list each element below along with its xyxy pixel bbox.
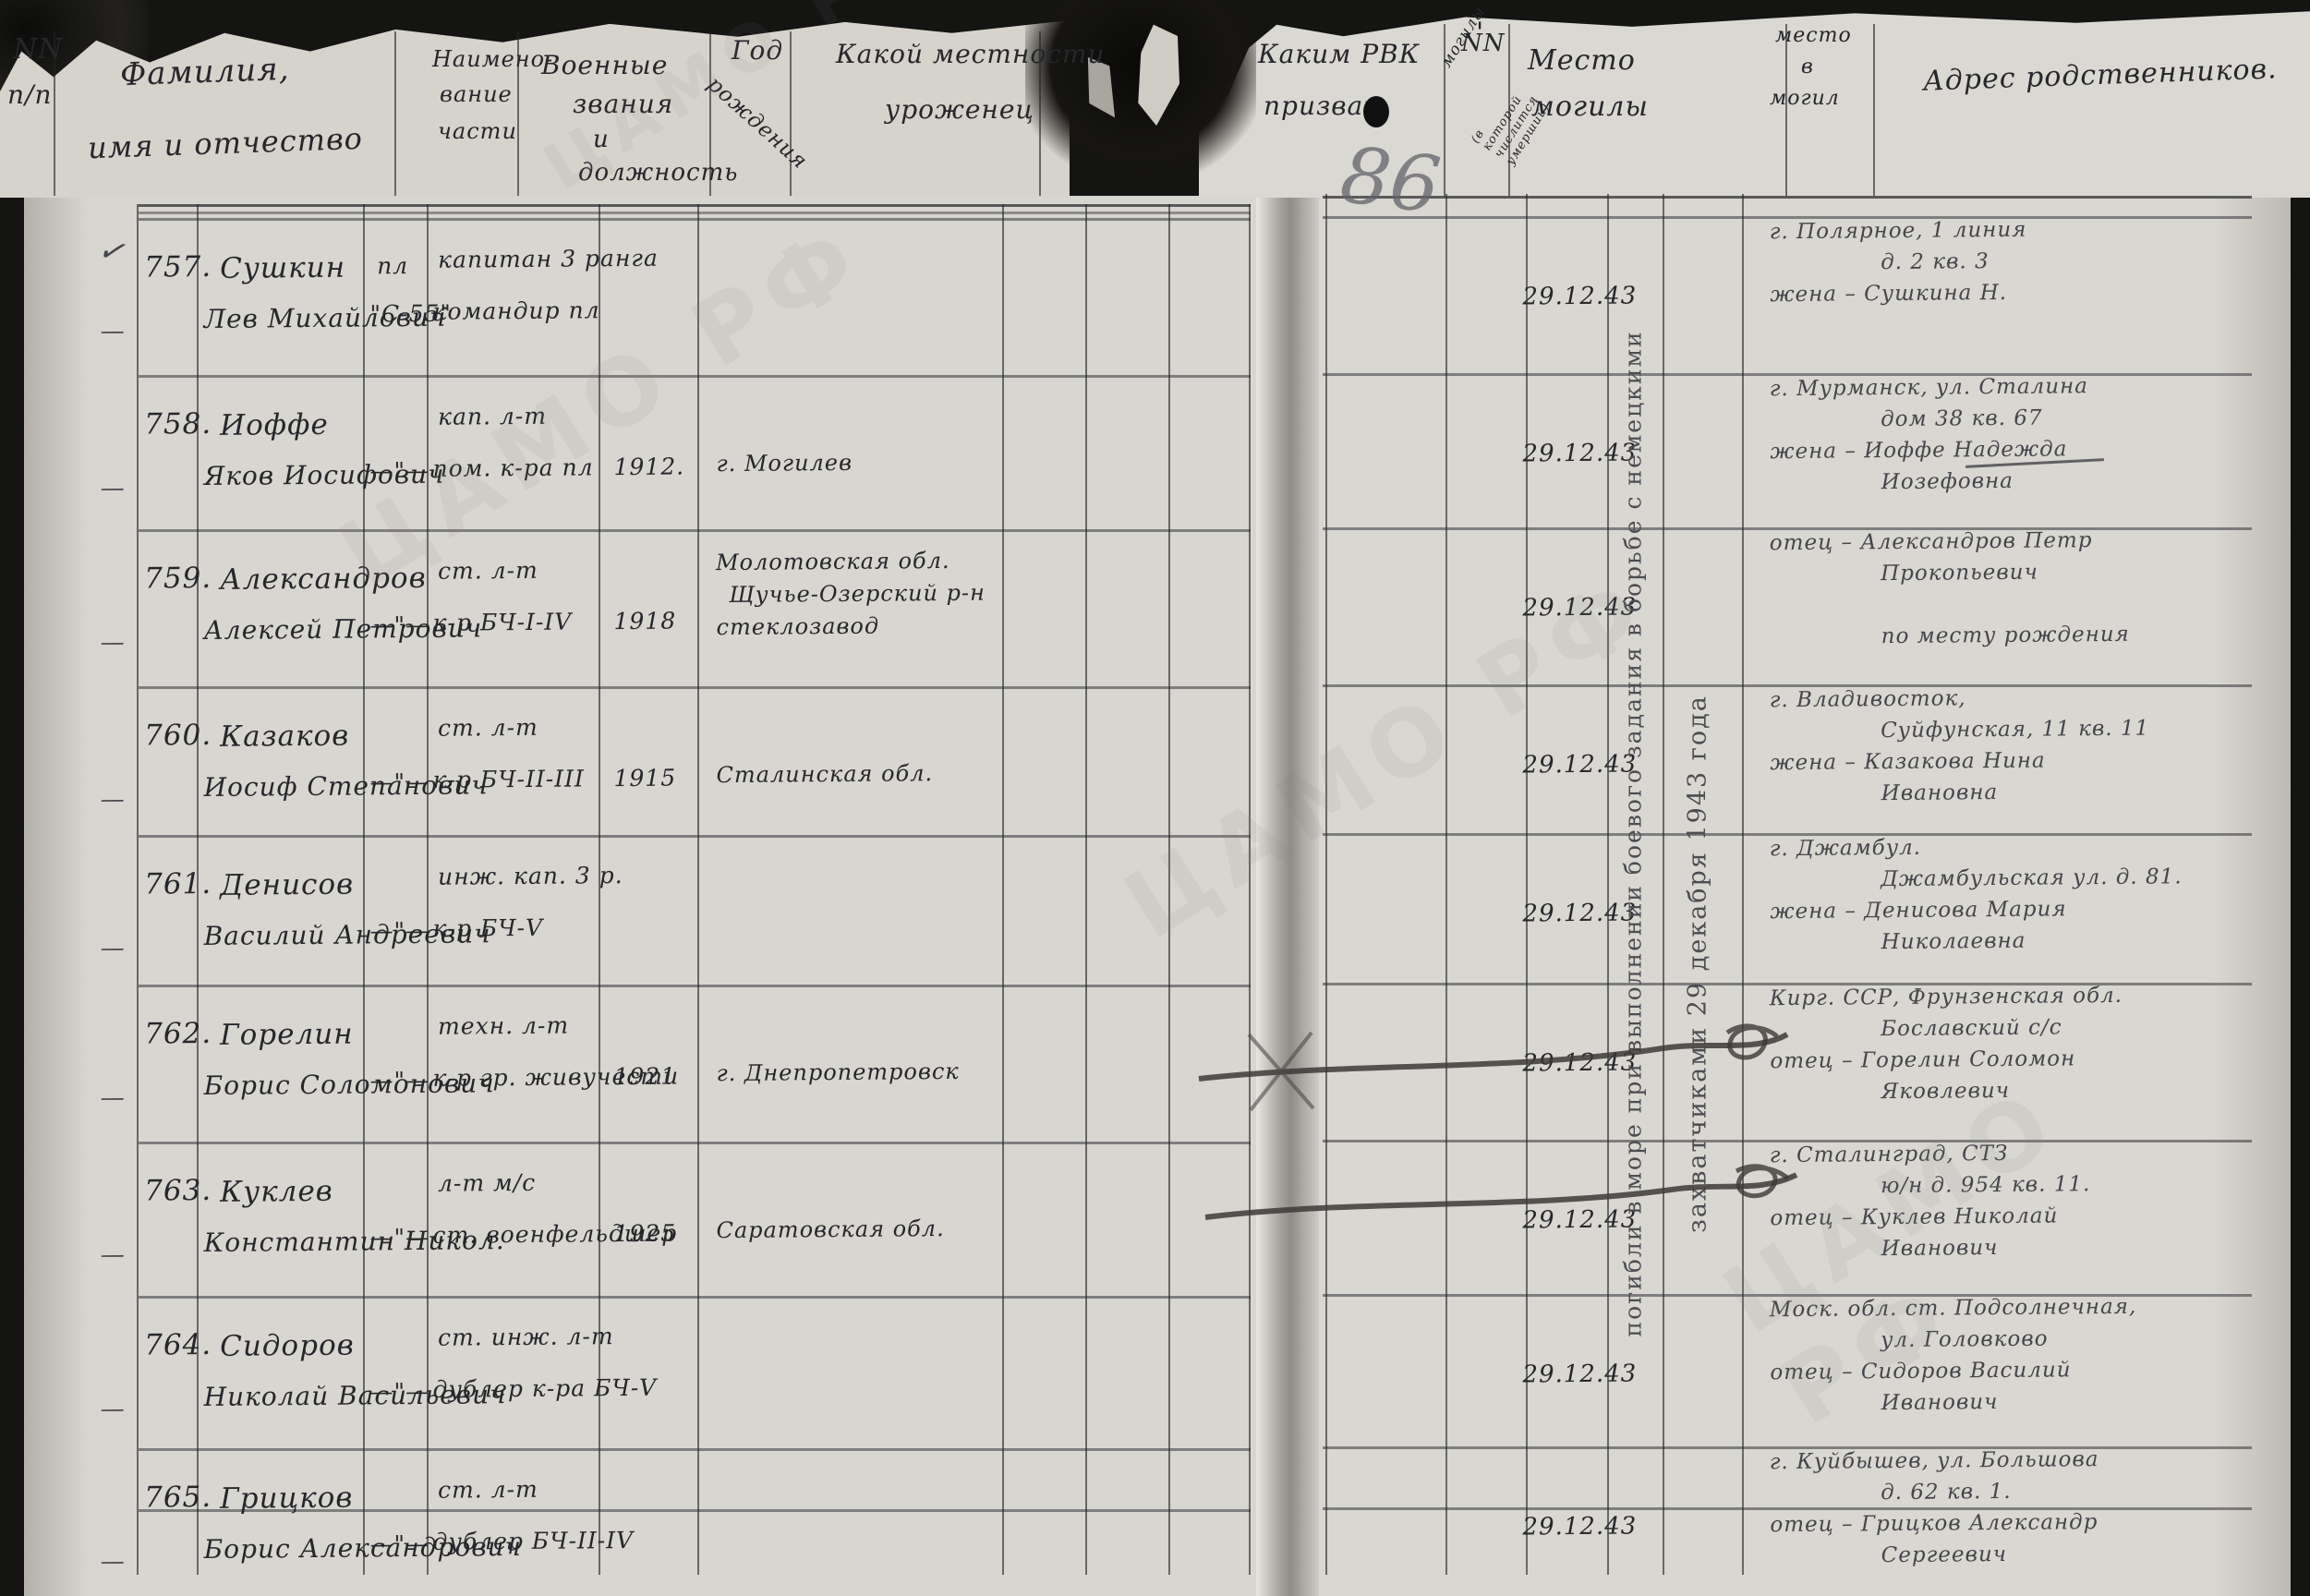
scanned-ledger-spread: NN п/п Фамилия, имя и отчество Наимено- … [0,0,2310,1596]
